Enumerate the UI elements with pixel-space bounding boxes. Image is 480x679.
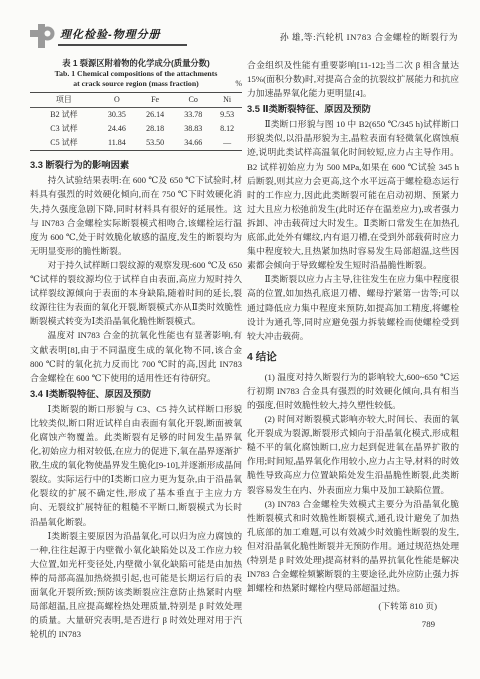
- left-column: 表 1 裂源区附着物的化学成分(质量分数) Tab. 1 Chemical co…: [30, 58, 242, 641]
- conclusion-item: (3) IN783 合金螺栓失效模式主要分为沿晶氧化脆性断裂模式和时效脆性断裂模…: [247, 497, 459, 596]
- paragraph: Ⅰ类断裂的断口形貌与 C3、C5 持久试样断口形貌比较类似,断口附近试样自由表面…: [30, 402, 242, 529]
- table-1: 项目 O Fe Co Ni B2 试样 30.35 26.14 33.78 9.…: [30, 92, 242, 151]
- table-cell: C3 试样: [30, 122, 98, 136]
- paragraph: Ⅱ类断裂以应力占主导,往往发生在应力集中程度很高的位置,如加热孔底退刀槽、螺母拧…: [247, 272, 459, 342]
- conclusion-item: (2) 时间对断裂模式影响亦较大,时间长、表面的氧化开裂成为裂源,断裂形式倾向于…: [247, 412, 459, 497]
- journal-page: 理化检验-物理分册 孙 雄,等:汽轮机 IN783 合金螺栓的断裂行为 表 1 …: [0, 0, 480, 679]
- table-cell: 53.50: [136, 136, 174, 151]
- table-cell: 30.35: [98, 108, 136, 123]
- continuation-note: (下转第 810 页): [247, 599, 459, 613]
- table-1-caption-cn: 表 1 裂源区附着物的化学成分(质量分数): [30, 58, 242, 69]
- table-1-caption-en-line2: at crack source region (mass fraction): [73, 79, 199, 88]
- table-1-caption-en-line2-row: at crack source region (mass fraction) %: [30, 79, 242, 89]
- table-cell: 33.78: [174, 108, 212, 123]
- journal-logo-icon: [30, 24, 56, 48]
- table-cell: 24.46: [98, 122, 136, 136]
- table-cell: 38.83: [174, 122, 212, 136]
- table-1-col-header: O: [98, 93, 136, 108]
- paragraph: 持久试验结果表明:在 600 ℃及 650 ℃下试验时,材料具有强烈的时效硬化倾…: [30, 173, 242, 258]
- page-number: 789: [247, 617, 459, 631]
- running-title: 孙 雄,等:汽轮机 IN783 合金螺栓的断裂行为: [280, 30, 458, 46]
- table-cell: B2 试样: [30, 108, 98, 123]
- section-4-heading: 4 结论: [247, 351, 459, 364]
- table-1-unit: %: [235, 79, 242, 89]
- table-1-caption-en-line1: Tab. 1 Chemical compositions of the atta…: [30, 69, 242, 79]
- table-cell: C5 试样: [30, 136, 98, 151]
- journal-logo: 理化检验-物理分册: [30, 24, 187, 46]
- table-row: C5 试样 11.84 53.50 34.66 —: [30, 136, 242, 151]
- table-row: C3 试样 24.46 28.18 38.83 8.12: [30, 122, 242, 136]
- right-column: 合金组织及性能有重要影响[11-12];当二次 β 相含量达 15%(面积分数)…: [247, 58, 459, 631]
- table-cell: 28.18: [136, 122, 174, 136]
- table-1-col-header: Co: [174, 93, 212, 108]
- table-cell: —: [212, 136, 242, 151]
- table-cell: 9.53: [212, 108, 242, 123]
- table-1-header-row: 项目 O Fe Co Ni: [30, 93, 242, 108]
- table-cell: 11.84: [98, 136, 136, 151]
- paragraph: Ⅰ类断裂主要原因为沿晶氧化,可以归为应力腐蚀的一种,往往起源于内壁微小氧化缺陷处…: [30, 529, 242, 642]
- paragraph-continuation: 合金组织及性能有重要影响[11-12];当二次 β 相含量达 15%(面积分数)…: [247, 58, 459, 100]
- table-1-col-header: 项目: [30, 93, 98, 108]
- conclusion-item: (1) 温度对持久断裂行为的影响较大,600~650 ℃运行初期 IN783 合…: [247, 370, 459, 412]
- journal-logo-text: 理化检验-物理分册: [58, 26, 187, 46]
- section-3-5-heading: 3.5 Ⅱ类断裂特征、原因及预防: [247, 102, 459, 116]
- paragraph: 对于持久试样断口裂纹源的观察发现:600 ℃及 650 ℃试样的裂纹源均位于试样…: [30, 258, 242, 328]
- section-3-4-heading: 3.4 Ⅰ类断裂特征、原因及预防: [30, 387, 242, 401]
- section-3-3-heading: 3.3 断裂行为的影响因素: [30, 158, 242, 172]
- table-1-col-header: Fe: [136, 93, 174, 108]
- table-row: B2 试样 30.35 26.14 33.78 9.53: [30, 108, 242, 123]
- table-cell: 26.14: [136, 108, 174, 123]
- paragraph: Ⅱ类断口形貌与图 10 中 B2(650 ℃/345 h)试样断口形貌类似,以沿…: [247, 117, 459, 272]
- table-1-col-header: Ni: [212, 93, 242, 108]
- page-header: 理化检验-物理分册 孙 雄,等:汽轮机 IN783 合金螺栓的断裂行为: [30, 24, 458, 46]
- table-1-block: 表 1 裂源区附着物的化学成分(质量分数) Tab. 1 Chemical co…: [30, 58, 242, 151]
- table-cell: 34.66: [174, 136, 212, 151]
- paragraph: 温度对 IN783 合金的抗氧化性能也有显著影响,有文献表明[8],由于不同温度…: [30, 328, 242, 384]
- table-cell: 8.12: [212, 122, 242, 136]
